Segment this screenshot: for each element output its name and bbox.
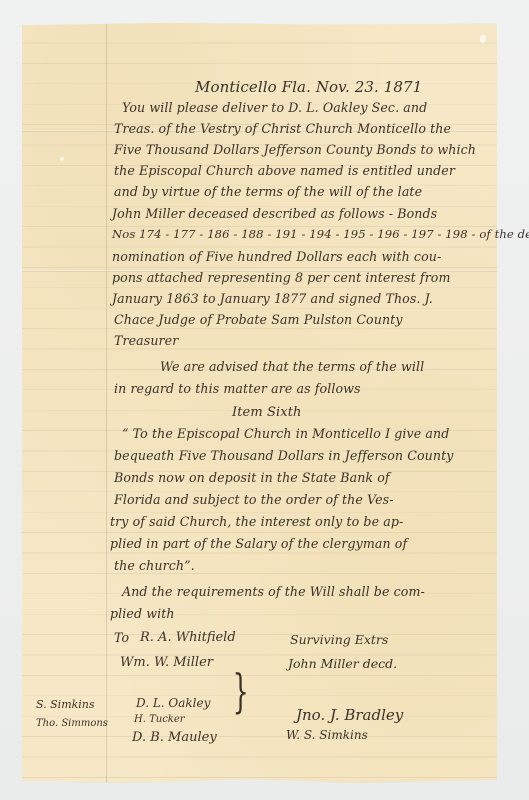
paper-sheet — [22, 23, 497, 783]
signature: H. Tucker — [134, 714, 185, 725]
signature: D. B. Mauley — [132, 730, 217, 745]
body-line: Treasurer — [114, 335, 178, 348]
addressee-prefix: To — [114, 632, 129, 645]
paper-blemish — [60, 157, 64, 161]
signature: W. S. Simkins — [286, 728, 368, 742]
will-quote-line: bequeath Five Thousand Dollars in Jeffer… — [114, 450, 453, 463]
addressee-name: Wm. W. Miller — [120, 655, 213, 670]
signature: D. L. Oakley — [136, 696, 210, 710]
grouping-brace: } — [233, 668, 249, 714]
signature: Tho. Simmons — [36, 718, 108, 729]
body-line: and by virtue of the terms of the will o… — [114, 186, 422, 199]
body-line: Five Thousand Dollars Jefferson County B… — [114, 144, 476, 157]
will-quote-line: “ To the Episcopal Church in Monticello … — [122, 428, 449, 441]
closing-line: plied with — [110, 608, 175, 621]
paper-blemish — [480, 35, 486, 43]
will-item-heading: Item Sixth — [232, 406, 302, 419]
will-quote-line: plied in part of the Salary of the clerg… — [110, 538, 407, 551]
body-line: Treas. of the Vestry of Christ Church Mo… — [114, 123, 451, 136]
will-quote-line: Bonds now on deposit in the State Bank o… — [114, 472, 390, 485]
body-line: in regard to this matter are as follows — [114, 383, 361, 396]
body-line: January 1863 to January 1877 and signed … — [112, 293, 433, 306]
body-line: John Miller deceased described as follow… — [112, 208, 437, 221]
body-line: Nos 174 - 177 - 186 - 188 - 191 - 194 - … — [112, 229, 529, 241]
body-line: the Episcopal Church above named is enti… — [114, 165, 455, 178]
signature: Jno. J. Bradley — [296, 706, 403, 724]
will-quote-line: try of said Church, the interest only to… — [110, 516, 403, 529]
place-date-heading: Monticello Fla. Nov. 23. 1871 — [195, 78, 422, 96]
signature: S. Simkins — [36, 698, 95, 711]
addressee-name: R. A. Whitfield — [140, 630, 236, 645]
addressee-role: John Miller decd. — [288, 656, 397, 671]
body-line: We are advised that the terms of the wil… — [160, 361, 424, 374]
body-line: pons attached representing 8 per cent in… — [112, 272, 451, 285]
closing-line: And the requirements of the Will shall b… — [122, 586, 425, 599]
will-quote-line: Florida and subject to the order of the … — [114, 494, 394, 507]
body-line: Chace Judge of Probate Sam Pulston Count… — [114, 314, 403, 327]
margin-rule — [106, 23, 107, 783]
will-quote-line: the church”. — [114, 560, 195, 573]
scanned-document: Monticello Fla. Nov. 23. 1871 You will p… — [0, 0, 529, 800]
body-line: nomination of Five hundred Dollars each … — [112, 251, 441, 264]
addressee-role: Surviving Extrs — [290, 632, 388, 647]
body-line: You will please deliver to D. L. Oakley … — [122, 102, 427, 115]
